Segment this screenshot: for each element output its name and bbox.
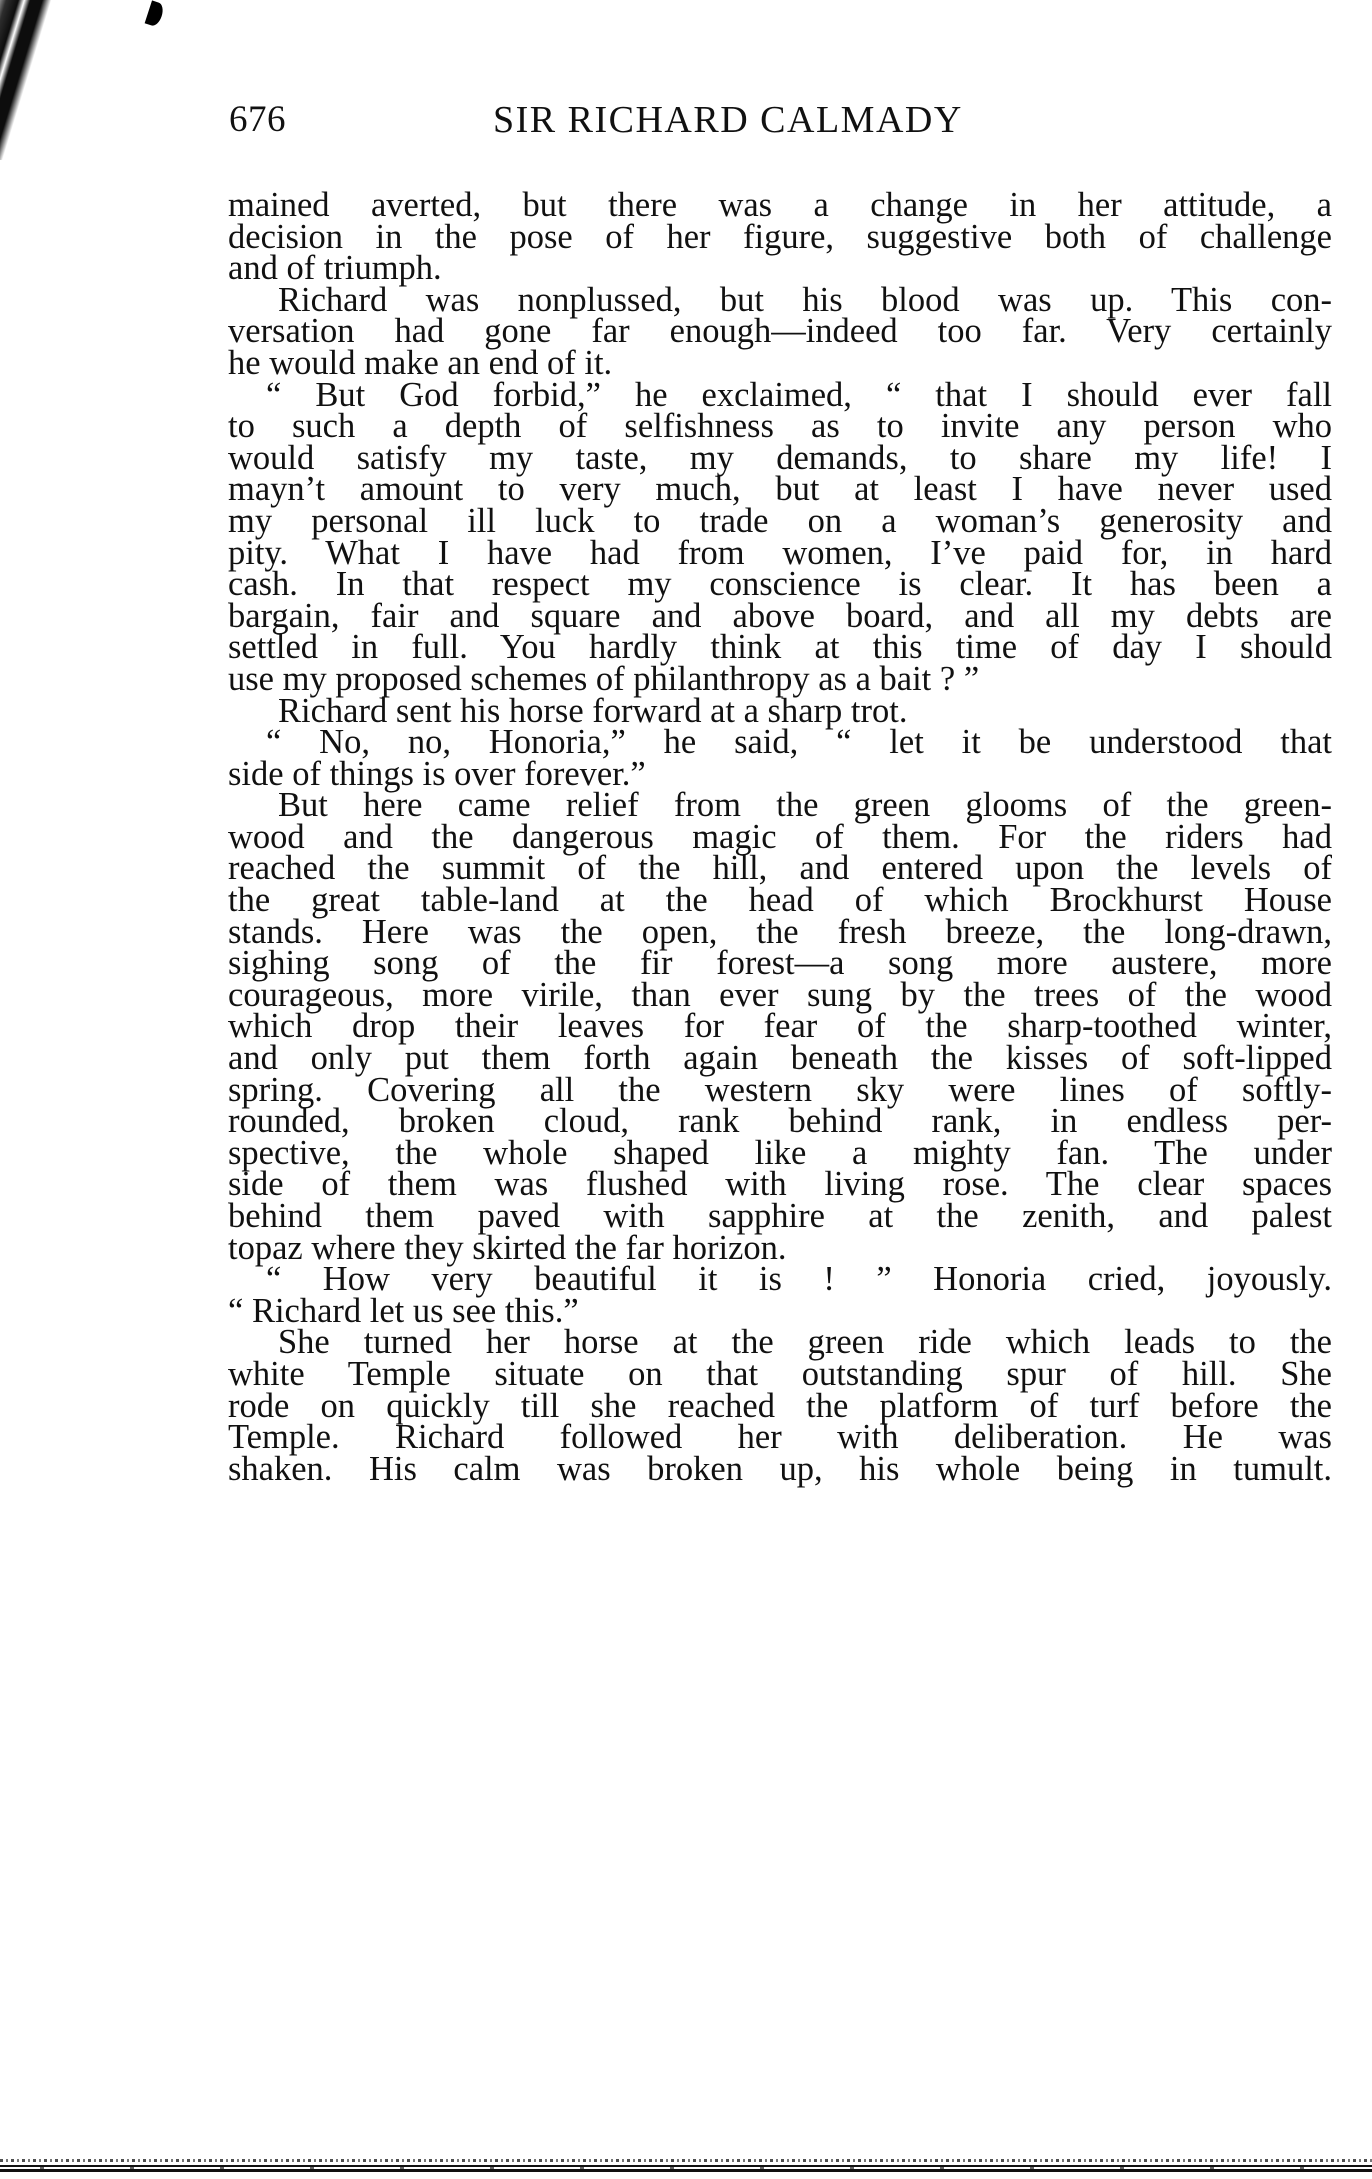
text-line: white Temple situate on that outstanding… [228, 1359, 1332, 1391]
text-line: he would make an end of it. [228, 348, 1332, 380]
text-line: to such a depth of selfishness as to inv… [228, 411, 1332, 443]
scan-edge-band [0, 2159, 1372, 2162]
scan-edge-gap [0, 2167, 1372, 2169]
text-line: and only put them forth again beneath th… [228, 1043, 1332, 1075]
text-line: Temple. Richard followed her with delibe… [228, 1422, 1332, 1454]
text-line: behind them paved with sapphire at the z… [228, 1201, 1332, 1233]
text-line: shaken. His calm was broken up, his whol… [228, 1454, 1332, 1486]
text-line: “ No, no, Honoria,” he said, “ let it be… [228, 727, 1332, 759]
text-line: mained averted, but there was a change i… [228, 190, 1332, 222]
body-text: mained averted, but there was a change i… [228, 190, 1332, 1485]
page-number: 676 [229, 98, 286, 141]
running-title: SIR RICHARD CALMADY [493, 98, 963, 142]
text-line: the great table-land at the head of whic… [228, 885, 1332, 917]
scan-corner-mark [145, 0, 166, 27]
running-head: 676 SIR RICHARD CALMADY [0, 98, 1372, 142]
text-line: use my proposed schemes of philanthropy … [228, 664, 1332, 696]
text-line: cash. In that respect my conscience is c… [228, 569, 1332, 601]
text-line: my personal ill luck to trade on a woman… [228, 506, 1332, 538]
scan-bottom-edge [0, 2155, 1372, 2179]
